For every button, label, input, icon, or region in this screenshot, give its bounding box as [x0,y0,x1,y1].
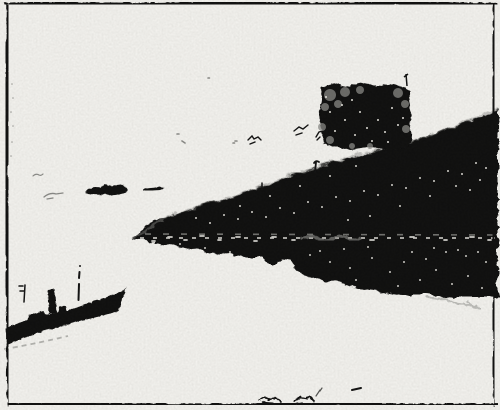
photo-plate [0,0,500,410]
photograph [0,0,500,410]
paper-grain [0,0,500,410]
